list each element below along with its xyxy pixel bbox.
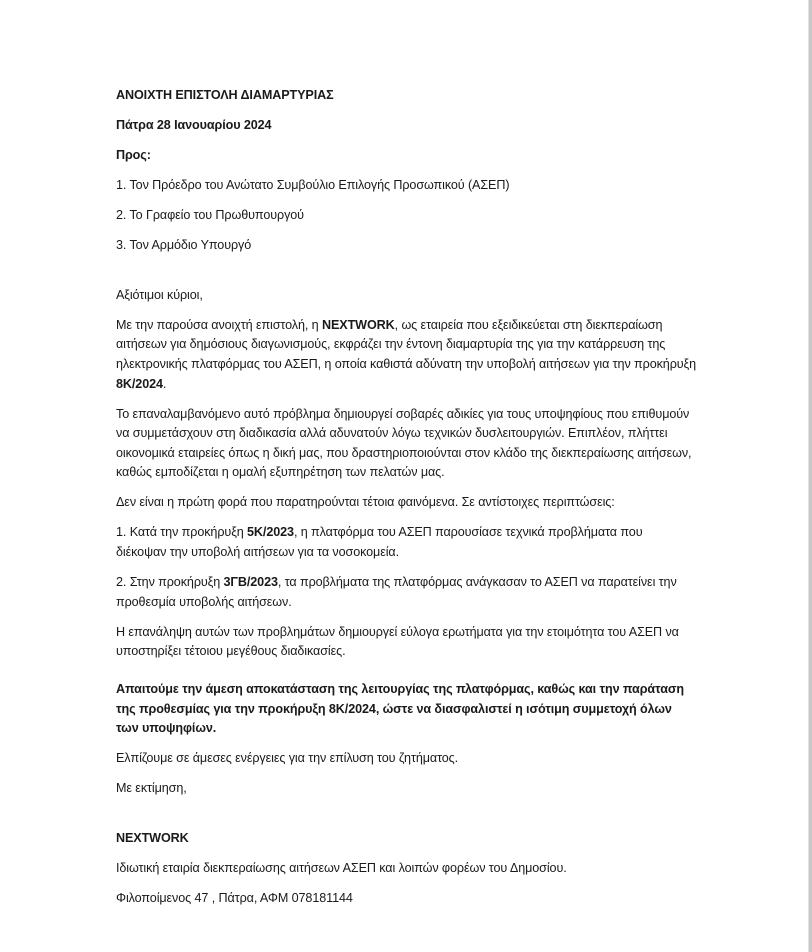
spacer [116,672,696,680]
signature-description: Ιδιωτική εταιρία διεκπεραίωσης αιτήσεων … [116,859,696,879]
recipient-item: 1. Τον Πρόεδρο του Ανώτατο Συμβούλιο Επι… [116,176,696,196]
recipient-item: 2. Το Γραφείο του Πρωθυπουργού [116,206,696,226]
text-run: Με την παρούσα ανοιχτή επιστολή, η [116,318,322,332]
paragraph-impact: Το επαναλαμβανόμενο αυτό πρόβλημα δημιου… [116,405,696,483]
text-run: . [163,377,166,391]
paragraph-intro: Με την παρούσα ανοιχτή επιστολή, η NEXTW… [116,316,696,394]
recipient-item: 3. Τον Αρμόδιο Υπουργό [116,236,696,256]
letter-document: ΑΝΟΙΧΤΗ ΕΠΙΣΤΟΛΗ ΔΙΑΜΑΡΤΥΡΙΑΣ Πάτρα 28 Ι… [116,86,696,919]
spacer [116,266,696,286]
paragraph-history: Δεν είναι η πρώτη φορά που παρατηρούνται… [116,493,696,513]
closing: Με εκτίμηση, [116,779,696,799]
company-name: NEXTWORK [322,318,395,332]
letter-date: Πάτρα 28 Ιανουαρίου 2024 [116,116,696,136]
text-run: 1. Κατά την προκήρυξη [116,525,247,539]
letter-title: ΑΝΟΙΧΤΗ ΕΠΙΣΤΟΛΗ ΔΙΑΜΑΡΤΥΡΙΑΣ [116,86,696,106]
recipients-label: Προς: [116,146,696,166]
announcement-code: 3ΓΒ/2023 [224,575,278,589]
paragraph-concern: Η επανάληψη αυτών των προβλημάτων δημιου… [116,623,696,662]
case-item: 2. Στην προκήρυξη 3ΓΒ/2023, τα προβλήματ… [116,573,696,612]
signature-address: Φιλοποίμενος 47 , Πάτρα, ΑΦΜ 078181144 [116,889,696,909]
text-run: 2. Στην προκήρυξη [116,575,224,589]
salutation: Αξιότιμοι κύριοι, [116,286,696,306]
paragraph-demand: Απαιτούμε την άμεση αποκατάσταση της λει… [116,680,696,739]
case-item: 1. Κατά την προκήρυξη 5K/2023, η πλατφόρ… [116,523,696,562]
announcement-code: 5K/2023 [247,525,294,539]
page-edge-scrollbar[interactable] [808,0,812,952]
spacer [116,809,696,829]
announcement-code: 8K/2024 [116,377,163,391]
signature-company: NEXTWORK [116,829,696,849]
paragraph-hope: Ελπίζουμε σε άμεσες ενέργειες για την επ… [116,749,696,769]
